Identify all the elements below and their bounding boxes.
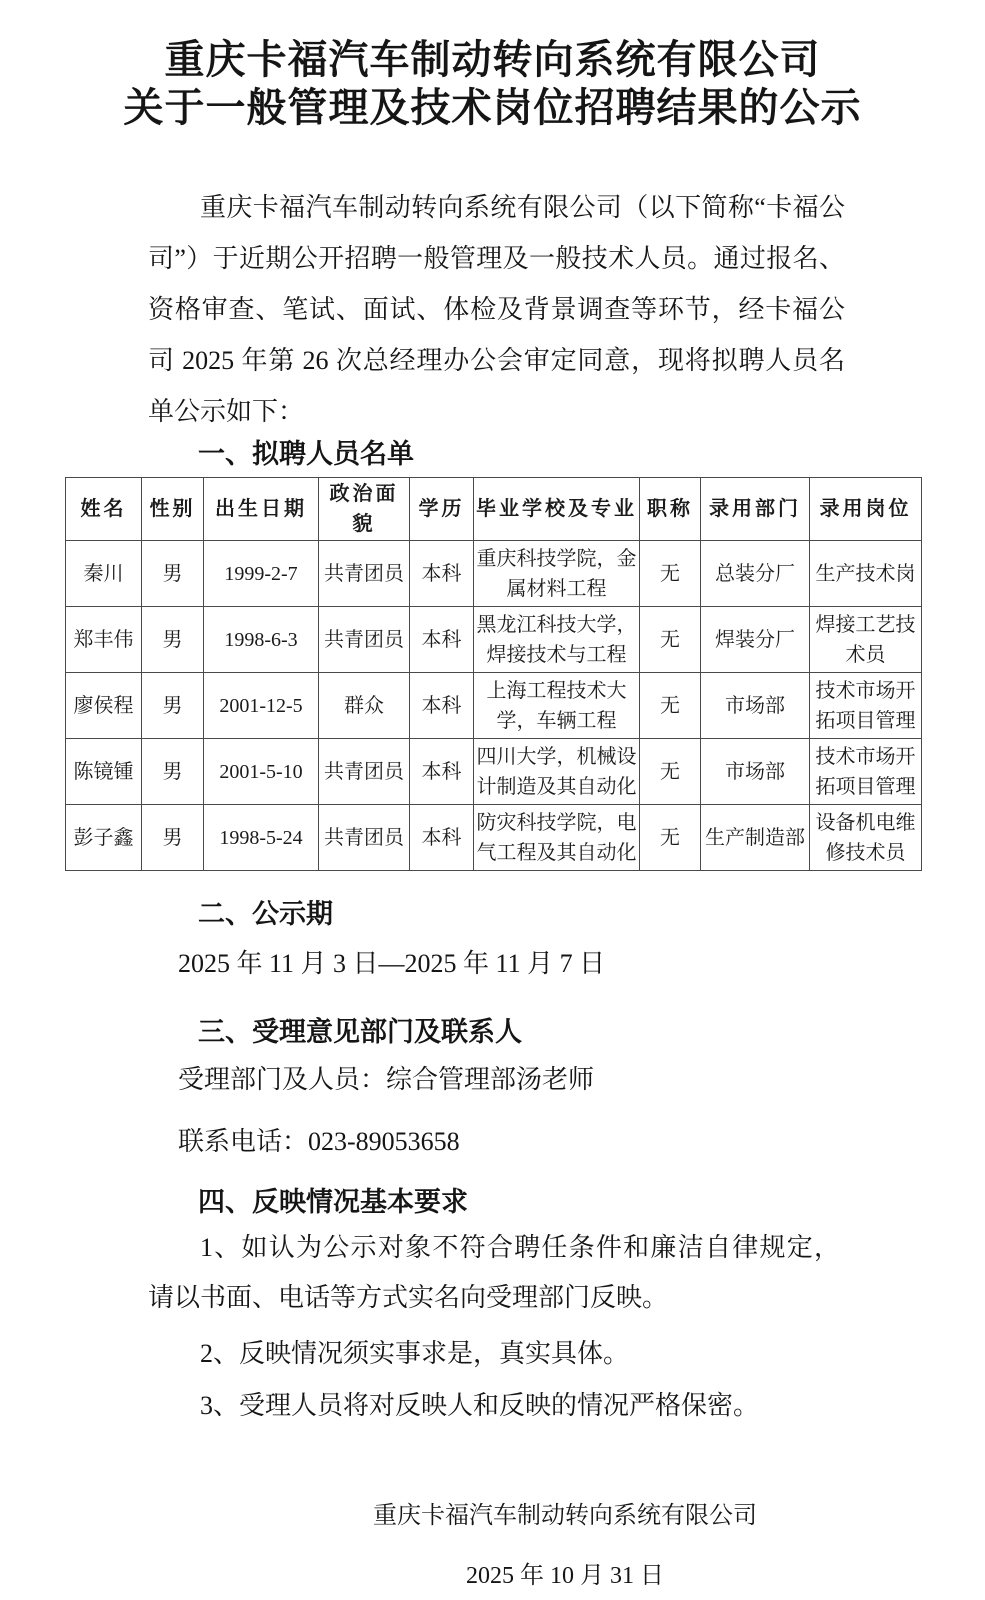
col-header-birthdate: 出生日期 <box>204 478 319 541</box>
cell-hired-position: 焊接工艺技术员 <box>810 607 922 673</box>
cell-education: 本科 <box>410 541 474 607</box>
table-row: 秦川 男 1999-2-7 共青团员 本科 重庆科技学院，金属材料工程 无 总装… <box>66 541 922 607</box>
cell-hired-department: 总装分厂 <box>701 541 810 607</box>
cell-name: 廖侯程 <box>66 673 142 739</box>
document-title-line-1: 重庆卡福汽车制动转向系统有限公司 <box>0 36 985 84</box>
cell-title: 无 <box>640 739 701 805</box>
cell-birthdate: 2001-12-5 <box>204 673 319 739</box>
cell-hired-position: 技术市场开拓项目管理 <box>810 739 922 805</box>
col-header-school-major: 毕业学校及专业 <box>474 478 640 541</box>
cell-hired-position: 生产技术岗 <box>810 541 922 607</box>
cell-gender: 男 <box>142 805 204 871</box>
cell-school-major: 四川大学，机械设计制造及其自动化 <box>474 739 640 805</box>
cell-gender: 男 <box>142 739 204 805</box>
cell-education: 本科 <box>410 739 474 805</box>
cell-school-major: 防灾科技学院，电气工程及其自动化 <box>474 805 640 871</box>
cell-education: 本科 <box>410 805 474 871</box>
intro-paragraph: 重庆卡福汽车制动转向系统有限公司（以下简称“卡福公司”）于近期公开招聘一般管理及… <box>148 182 845 437</box>
cell-political-status: 群众 <box>319 673 410 739</box>
section-3-heading: 三、受理意见部门及联系人 <box>198 1017 985 1047</box>
col-header-title: 职称 <box>640 478 701 541</box>
candidate-roster-table: 姓名 性别 出生日期 政治面貌 学历 毕业学校及专业 职称 录用部门 录用岗位 … <box>65 477 922 871</box>
cell-name: 郑丰伟 <box>66 607 142 673</box>
cell-hired-position: 设备机电维修技术员 <box>810 805 922 871</box>
cell-birthdate: 1998-6-3 <box>204 607 319 673</box>
cell-political-status: 共青团员 <box>319 805 410 871</box>
cell-title: 无 <box>640 607 701 673</box>
cell-school-major: 上海工程技术大学，车辆工程 <box>474 673 640 739</box>
cell-hired-department: 市场部 <box>701 673 810 739</box>
section-2-heading: 二、公示期 <box>198 899 985 929</box>
col-header-education: 学历 <box>410 478 474 541</box>
cell-title: 无 <box>640 673 701 739</box>
cell-political-status: 共青团员 <box>319 607 410 673</box>
contact-department-line: 受理部门及人员：综合管理部汤老师 <box>178 1061 985 1099</box>
signature-date: 2025 年 10 月 31 日 <box>330 1551 800 1600</box>
table-header-row: 姓名 性别 出生日期 政治面貌 学历 毕业学校及专业 职称 录用部门 录用岗位 <box>66 478 922 541</box>
col-header-gender: 性别 <box>142 478 204 541</box>
cell-education: 本科 <box>410 607 474 673</box>
table-row: 廖侯程 男 2001-12-5 群众 本科 上海工程技术大学，车辆工程 无 市场… <box>66 673 922 739</box>
table-row: 郑丰伟 男 1998-6-3 共青团员 本科 黑龙江科技大学，焊接技术与工程 无… <box>66 607 922 673</box>
section-1-heading: 一、拟聘人员名单 <box>198 439 985 469</box>
requirement-item-1: 1、如认为公示对象不符合聘任条件和廉洁自律规定， 请以书面、电话等方式实名向受理… <box>148 1223 840 1323</box>
signature-block: 重庆卡福汽车制动转向系统有限公司 2025 年 10 月 31 日 <box>330 1491 800 1600</box>
cell-hired-department: 市场部 <box>701 739 810 805</box>
requirement-item-3: 3、受理人员将对反映人和反映的情况严格保密。 <box>148 1381 840 1431</box>
cell-hired-position: 技术市场开拓项目管理 <box>810 673 922 739</box>
cell-name: 陈镜锺 <box>66 739 142 805</box>
cell-birthdate: 1998-5-24 <box>204 805 319 871</box>
requirement-item-2: 2、反映情况须实事求是，真实具体。 <box>148 1329 840 1379</box>
document-title-line-2: 关于一般管理及技术岗位招聘结果的公示 <box>0 84 985 132</box>
cell-school-major: 重庆科技学院，金属材料工程 <box>474 541 640 607</box>
document-title: 重庆卡福汽车制动转向系统有限公司 关于一般管理及技术岗位招聘结果的公示 <box>0 0 985 132</box>
publicity-period: 2025 年 11 月 3 日—2025 年 11 月 7 日 <box>178 945 985 983</box>
announcement-document: 重庆卡福汽车制动转向系统有限公司 关于一般管理及技术岗位招聘结果的公示 重庆卡福… <box>0 0 985 1600</box>
cell-title: 无 <box>640 805 701 871</box>
col-header-political-status: 政治面貌 <box>319 478 410 541</box>
table-row: 彭子鑫 男 1998-5-24 共青团员 本科 防灾科技学院，电气工程及其自动化… <box>66 805 922 871</box>
cell-birthdate: 1999-2-7 <box>204 541 319 607</box>
col-header-name: 姓名 <box>66 478 142 541</box>
table-row: 陈镜锺 男 2001-5-10 共青团员 本科 四川大学，机械设计制造及其自动化… <box>66 739 922 805</box>
contact-phone-line: 联系电话：023-89053658 <box>178 1123 985 1161</box>
section-4-heading: 四、反映情况基本要求 <box>198 1187 985 1217</box>
cell-gender: 男 <box>142 541 204 607</box>
col-header-hired-department: 录用部门 <box>701 478 810 541</box>
cell-name: 秦川 <box>66 541 142 607</box>
cell-political-status: 共青团员 <box>319 541 410 607</box>
cell-gender: 男 <box>142 673 204 739</box>
cell-hired-department: 焊装分厂 <box>701 607 810 673</box>
cell-hired-department: 生产制造部 <box>701 805 810 871</box>
cell-birthdate: 2001-5-10 <box>204 739 319 805</box>
cell-political-status: 共青团员 <box>319 739 410 805</box>
cell-gender: 男 <box>142 607 204 673</box>
cell-school-major: 黑龙江科技大学，焊接技术与工程 <box>474 607 640 673</box>
signature-company-name: 重庆卡福汽车制动转向系统有限公司 <box>330 1491 800 1541</box>
cell-name: 彭子鑫 <box>66 805 142 871</box>
col-header-hired-position: 录用岗位 <box>810 478 922 541</box>
cell-education: 本科 <box>410 673 474 739</box>
cell-title: 无 <box>640 541 701 607</box>
